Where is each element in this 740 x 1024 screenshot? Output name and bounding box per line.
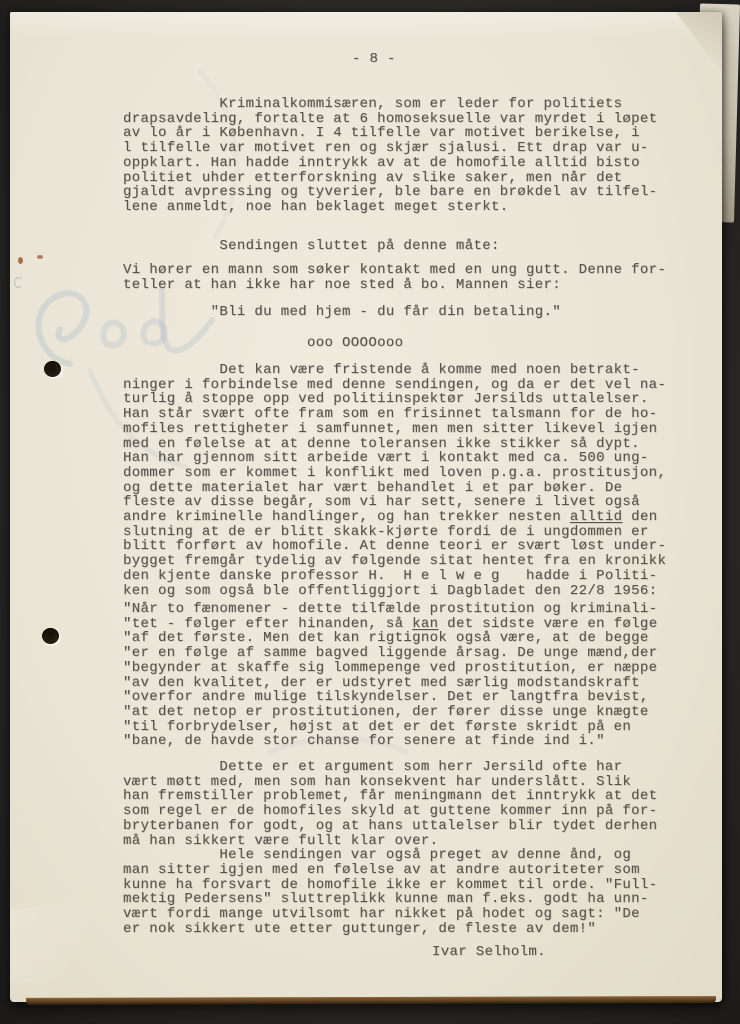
signature: Ivar Selholm. [432, 945, 546, 960]
rust-speck [37, 255, 43, 259]
paragraph-kriminalkommissaeren: Kriminalkommisæren, som er leder for pol… [123, 97, 657, 215]
punch-hole-bottom [42, 628, 59, 644]
document-page: - 8 - Kriminalkommisæren, som er leder f… [10, 12, 722, 1002]
rust-speck [18, 257, 23, 264]
paragraph-dette-er-et-argument: Dette er et argument som herr Jersild of… [123, 760, 657, 936]
section-divider: ooo OOOOooo [123, 336, 403, 351]
punch-hole-top [44, 361, 61, 377]
document-scan: - 8 - Kriminalkommisæren, som er leder f… [0, 0, 740, 1024]
quote-text: det sidste være en følge "af det første.… [123, 616, 657, 750]
paragraph-text: Det kan være fristende å komme med noen … [123, 362, 666, 525]
pencil-mark [14, 277, 23, 288]
underlined-word: alltid [570, 509, 623, 525]
blockquote-helweg: "Når to fænomener - dette tilfælde prost… [123, 602, 657, 749]
paragraph-det-kan-vaere: Det kan være fristende å komme med noen … [123, 363, 666, 598]
corner-fold [676, 12, 722, 74]
page-bottom-edge [26, 996, 716, 1005]
page-number: - 8 - [352, 52, 396, 67]
quote-bli-du-med-hjem: "Bli du med hjem - du får din betaling." [123, 305, 561, 320]
paragraph-vi-horer: Vi hører en mann som søker kontakt med e… [123, 263, 666, 292]
paper-top-highlight [10, 12, 722, 38]
paper-crease [10, 894, 140, 984]
line-sendingen-sluttet: Sendingen sluttet på denne måte: [123, 239, 500, 254]
